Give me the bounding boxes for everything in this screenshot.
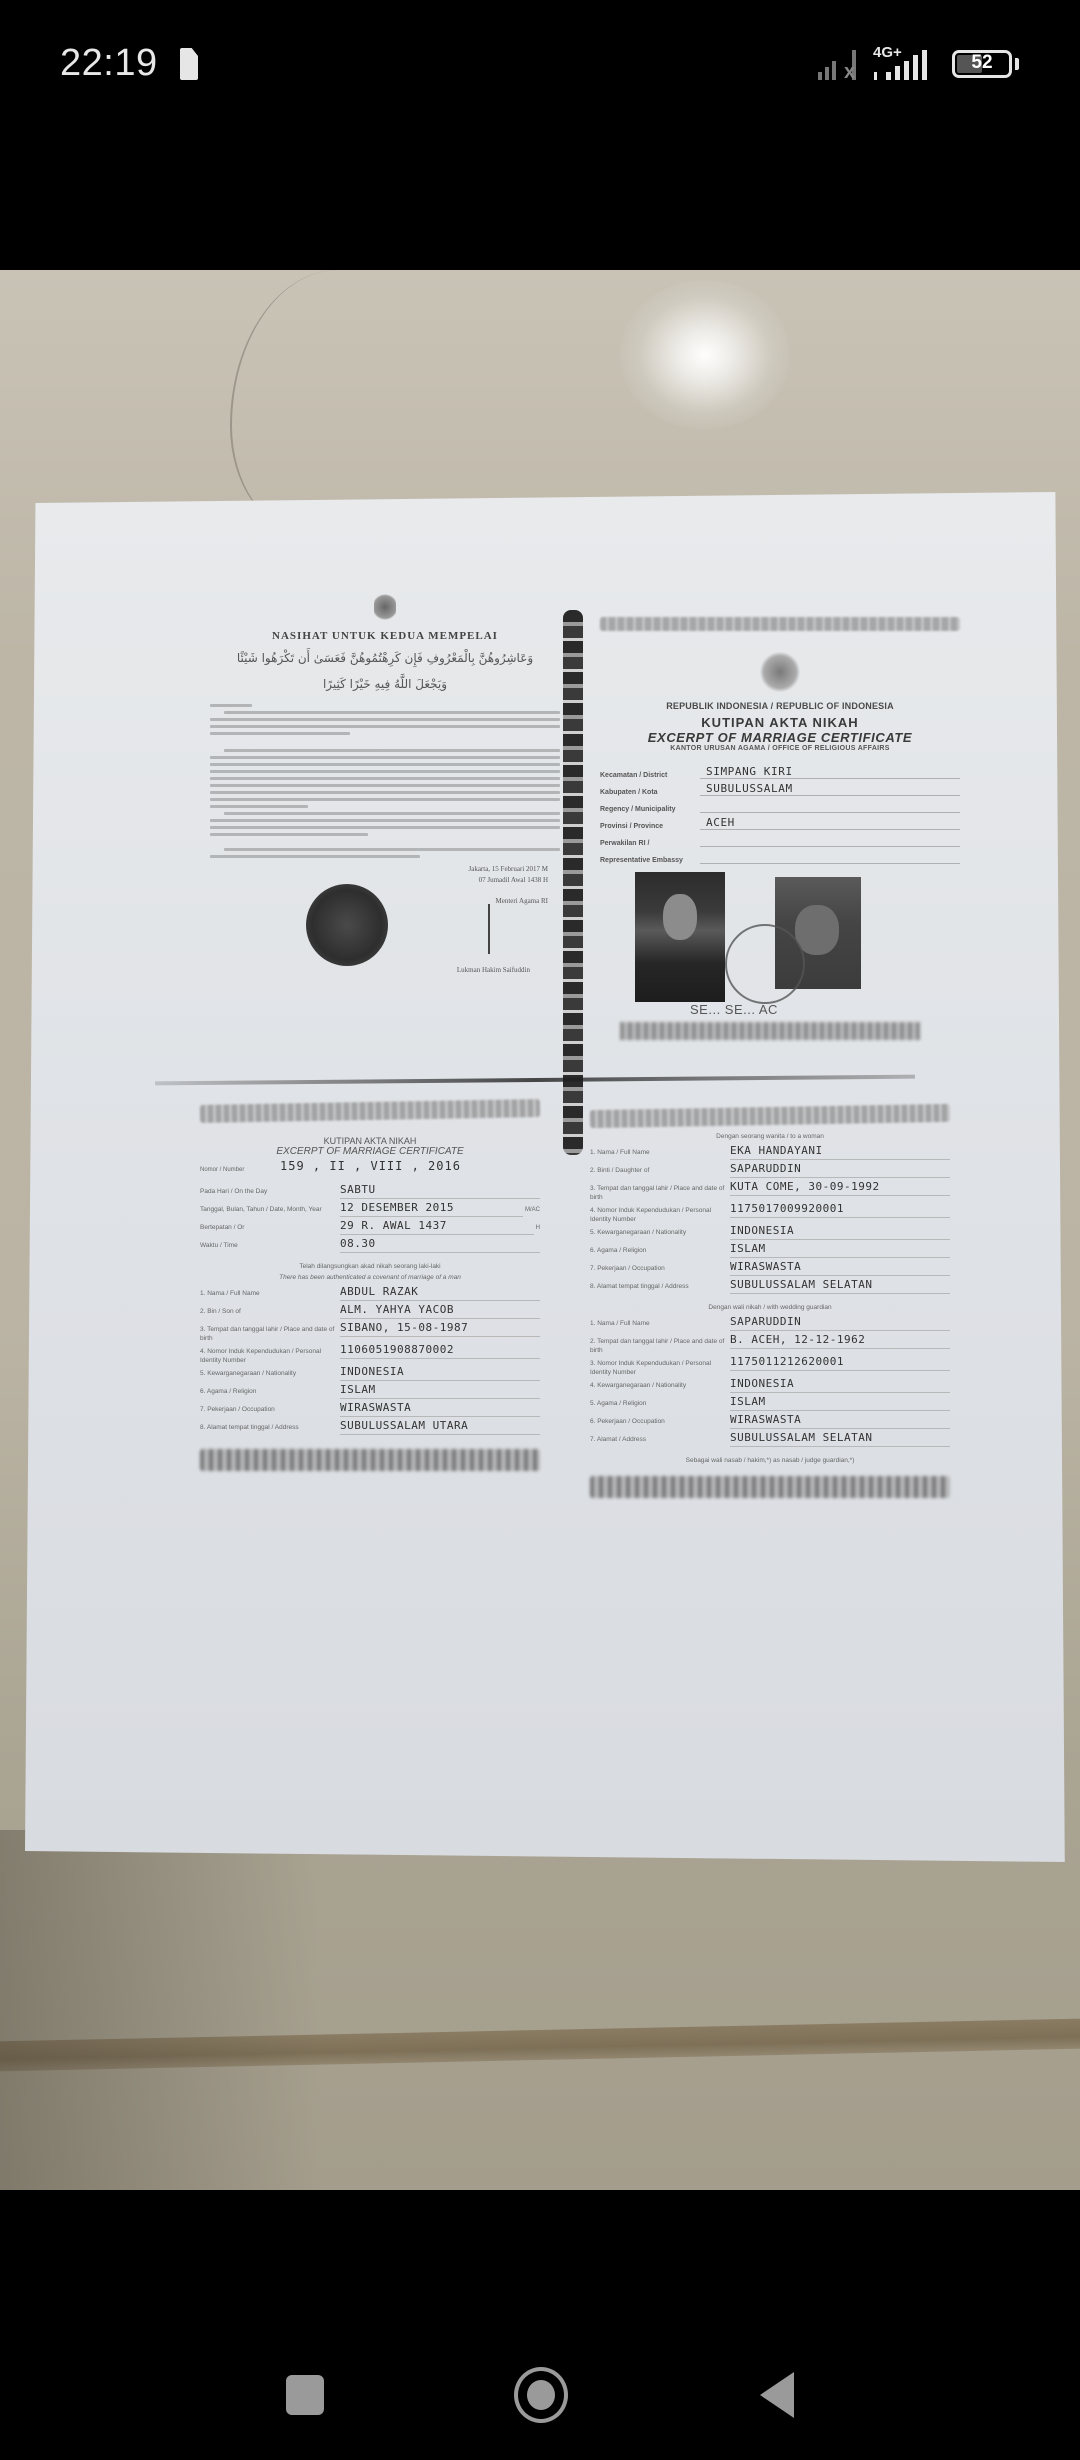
field-label: 4. Kewarganegaraan / Nationality <box>590 1377 730 1390</box>
battery-percent: 52 <box>955 52 1009 74</box>
form-field: 8. Alamat tempat tinggal / AddressSUBULU… <box>200 1419 540 1437</box>
field-value: 1175011212620001 <box>730 1355 950 1371</box>
region-field: Regency / Municipality <box>600 796 960 813</box>
region-field: Kecamatan / DistrictSIMPANG KIRI <box>600 762 960 779</box>
groom-fields: 1. Nama / Full NameABDUL RAZAK2. Bin / S… <box>200 1285 540 1437</box>
form-field: 7. Pekerjaan / OccupationWIRASWASTA <box>590 1260 950 1278</box>
field-label: Kecamatan / District <box>600 772 700 779</box>
field-value: WIRASWASTA <box>340 1401 540 1417</box>
field-label: 2. Binti / Daughter of <box>590 1162 730 1175</box>
advice-text <box>210 704 560 858</box>
field-label: 6. Agama / Religion <box>590 1242 730 1255</box>
form-field: 8. Alamat tempat tinggal / AddressSUBULU… <box>590 1278 950 1296</box>
field-label: Bertepatan / Or <box>200 1219 340 1232</box>
arabic-verse-2: وَيَجْعَلَ اللَّهُ فِيهِ خَيْرًا كَثِيرً… <box>210 674 560 694</box>
guardian-fields: 1. Nama / Full NameSAPARUDDIN2. Tempat d… <box>590 1315 950 1449</box>
official-stamp <box>725 924 805 1004</box>
field-label: 7. Pekerjaan / Occupation <box>200 1401 340 1414</box>
marriage-page: KUTIPAN AKTA NIKAH EXCERPT OF MARRIAGE C… <box>200 1102 540 1471</box>
field-label: 1. Nama / Full Name <box>590 1144 730 1157</box>
field-value: WIRASWASTA <box>730 1260 950 1276</box>
stamp-text: SE... SE... AC <box>690 1002 778 1017</box>
field-value: ALM. YAHYA YACOB <box>340 1303 540 1319</box>
field-label: 8. Alamat tempat tinggal / Address <box>590 1278 730 1291</box>
field-label: 3. Nomor Induk Kependudukan / Personal I… <box>590 1355 730 1377</box>
field-label: Perwakilan RI / <box>600 840 700 847</box>
file-icon <box>180 48 198 80</box>
form-field: 2. Binti / Daughter ofSAPARUDDIN <box>590 1162 950 1180</box>
field-label: Representative Embassy <box>600 857 700 864</box>
field-value: 12 DESEMBER 2015 <box>340 1201 523 1217</box>
field-value: WIRASWASTA <box>730 1413 950 1429</box>
form-field: Pada Hari / On the DaySABTU <box>200 1183 540 1201</box>
form-field: 4. Kewarganegaraan / NationalityINDONESI… <box>590 1377 950 1395</box>
form-field: 6. Pekerjaan / OccupationWIRASWASTA <box>590 1413 950 1431</box>
field-value: SUBULUSSALAM <box>700 782 960 796</box>
marriage-certificate-paper: NASIHAT UNTUK KEDUA MEMPELAI وَعَاشِرُوه… <box>25 492 1070 1862</box>
field-label: 2. Tempat dan tanggal lahir / Place and … <box>590 1333 730 1355</box>
field-value <box>700 863 960 864</box>
blurred-header <box>200 1099 540 1123</box>
couple-photos: SE... SE... AC <box>600 872 960 1032</box>
field-label: 7. Pekerjaan / Occupation <box>590 1260 730 1273</box>
republic-label: REPUBLIK INDONESIA / REPUBLIC OF INDONES… <box>600 701 960 711</box>
field-value: ISLAM <box>730 1242 950 1258</box>
field-value: SIMPANG KIRI <box>700 765 960 779</box>
form-field: 5. Kewarganegaraan / NationalityINDONESI… <box>590 1224 950 1242</box>
field-label: 1. Nama / Full Name <box>200 1285 340 1298</box>
signing-date: Jakarta, 15 Februari 2017 M 07 Jumadil A… <box>468 864 548 907</box>
form-field: Bertepatan / Or29 R. AWAL 1437H <box>200 1219 540 1237</box>
field-value: INDONESIA <box>340 1365 540 1381</box>
form-field: 5. Kewarganegaraan / NationalityINDONESI… <box>200 1365 540 1383</box>
photo-viewer[interactable]: NASIHAT UNTUK KEDUA MEMPELAI وَعَاشِرُوه… <box>0 270 1080 2190</box>
bride-fields: 1. Nama / Full NameEKA HANDAYANI2. Binti… <box>590 1144 950 1296</box>
field-label: 1. Nama / Full Name <box>590 1315 730 1328</box>
field-value: 08.30 <box>340 1237 540 1253</box>
bride-page: Dengan seorang wanita / to a woman 1. Na… <box>590 1107 950 1498</box>
ministry-emblem-icon <box>374 592 396 622</box>
signature-block: Jakarta, 15 Februari 2017 M 07 Jumadil A… <box>210 864 560 984</box>
form-field: 5. Agama / ReligionISLAM <box>590 1395 950 1413</box>
arabic-verse: وَعَاشِرُوهُنَّ بِالْمَعْرُوفِ فَإِن كَر… <box>210 648 560 668</box>
field-label: 3. Tempat dan tanggal lahir / Place and … <box>200 1321 340 1343</box>
blurred-signature <box>620 1022 920 1040</box>
certificate-number: Nomor / Number 159 , II , VIII , 2016 <box>200 1159 540 1173</box>
form-field: 7. Alamat / AddressSUBULUSSALAM SELATAN <box>590 1431 950 1449</box>
blurred-header <box>590 1104 950 1128</box>
marriage-title: KUTIPAN AKTA NIKAH <box>200 1136 540 1146</box>
field-value: SUBULUSSALAM UTARA <box>340 1419 540 1435</box>
form-field: 7. Pekerjaan / OccupationWIRASWASTA <box>200 1401 540 1419</box>
form-field: 1. Nama / Full NameEKA HANDAYANI <box>590 1144 950 1162</box>
caption-man-en: There has been authenticated a covenant … <box>200 1274 540 1281</box>
field-value: ABDUL RAZAK <box>340 1285 540 1301</box>
signer-name: Lukman Hakim Saifuddin <box>457 966 530 974</box>
field-label: Tanggal, Bulan, Tahun / Date, Month, Yea… <box>200 1201 340 1214</box>
field-label: Provinsi / Province <box>600 823 700 830</box>
official-seal <box>306 884 388 966</box>
form-field: 3. Tempat dan tanggal lahir / Place and … <box>200 1321 540 1343</box>
cover-subtitle: EXCERPT OF MARRIAGE CERTIFICATE <box>600 730 960 745</box>
field-suffix: M/AC <box>525 1201 540 1213</box>
groom-photo <box>635 872 725 1002</box>
advice-title: NASIHAT UNTUK KEDUA MEMPELAI <box>210 630 560 642</box>
blurred-footer <box>590 1476 950 1498</box>
blurred-header <box>600 617 960 631</box>
field-value: 29 R. AWAL 1437 <box>340 1219 534 1235</box>
caption-woman: Dengan seorang wanita / to a woman <box>590 1133 950 1140</box>
field-label: 6. Agama / Religion <box>200 1383 340 1396</box>
field-value <box>700 812 960 813</box>
field-value: SAPARUDDIN <box>730 1162 950 1178</box>
form-field: 4. Nomor Induk Kependudukan / Personal I… <box>590 1202 950 1224</box>
cover-page: REPUBLIK INDONESIA / REPUBLIC OF INDONES… <box>600 617 960 1032</box>
field-label: 7. Alamat / Address <box>590 1431 730 1444</box>
field-value: 1175017009920001 <box>730 1202 950 1218</box>
form-field: 4. Nomor Induk Kependudukan / Personal I… <box>200 1343 540 1365</box>
field-value: SUBULUSSALAM SELATAN <box>730 1431 950 1447</box>
field-value: SAPARUDDIN <box>730 1315 950 1331</box>
region-fields: Kecamatan / DistrictSIMPANG KIRIKabupate… <box>600 762 960 864</box>
form-field: 1. Nama / Full NameSAPARUDDIN <box>590 1315 950 1333</box>
field-suffix: H <box>536 1219 540 1231</box>
field-label: Pada Hari / On the Day <box>200 1183 340 1196</box>
region-field: Kabupaten / KotaSUBULUSSALAM <box>600 779 960 796</box>
field-label: Waktu / Time <box>200 1237 340 1250</box>
field-value: ISLAM <box>340 1383 540 1399</box>
recents-button[interactable] <box>286 2375 324 2415</box>
field-label: 5. Agama / Religion <box>590 1395 730 1408</box>
form-field: 2. Bin / Son ofALM. YAHYA YACOB <box>200 1303 540 1321</box>
field-label: 4. Nomor Induk Kependudukan / Personal I… <box>200 1343 340 1365</box>
field-label: 2. Bin / Son of <box>200 1303 340 1316</box>
field-label: 5. Kewarganegaraan / Nationality <box>590 1224 730 1237</box>
field-value: INDONESIA <box>730 1377 950 1393</box>
home-button[interactable] <box>514 2367 568 2423</box>
field-value: ACEH <box>700 816 960 830</box>
form-field: Tanggal, Bulan, Tahun / Date, Month, Yea… <box>200 1201 540 1219</box>
form-field: 1. Nama / Full NameABDUL RAZAK <box>200 1285 540 1303</box>
cable <box>230 270 410 530</box>
region-field: Representative Embassy <box>600 847 960 864</box>
field-label: 3. Tempat dan tanggal lahir / Place and … <box>590 1180 730 1202</box>
field-value: SABTU <box>340 1183 540 1199</box>
caption-man: Telah dilangsungkan akad nikah seorang l… <box>200 1263 540 1270</box>
back-button[interactable] <box>760 2372 794 2418</box>
battery-tip <box>1015 58 1019 70</box>
marriage-subtitle: EXCERPT OF MARRIAGE CERTIFICATE <box>200 1146 540 1157</box>
light-glare <box>620 280 790 430</box>
form-field: 6. Agama / ReligionISLAM <box>590 1242 950 1260</box>
field-label: Regency / Municipality <box>600 806 700 813</box>
field-label: 4. Nomor Induk Kependudukan / Personal I… <box>590 1202 730 1224</box>
signal-no-service-icon: x <box>818 50 864 80</box>
shadow <box>0 1830 320 2190</box>
field-value: SUBULUSSALAM SELATAN <box>730 1278 950 1294</box>
garuda-emblem-icon <box>760 651 800 693</box>
field-value: ISLAM <box>730 1395 950 1411</box>
office-label: KANTOR URUSAN AGAMA / OFFICE OF RELIGIOU… <box>600 745 960 752</box>
status-bar: 22:19 x 4G+ 52 <box>0 0 1080 270</box>
advice-page: NASIHAT UNTUK KEDUA MEMPELAI وَعَاشِرُوه… <box>210 592 560 984</box>
field-label: 6. Pekerjaan / Occupation <box>590 1413 730 1426</box>
field-label: Kabupaten / Kota <box>600 789 700 796</box>
field-value: EKA HANDAYANI <box>730 1144 950 1160</box>
region-field: Provinsi / ProvinceACEH <box>600 813 960 830</box>
cover-title: KUTIPAN AKTA NIKAH <box>600 715 960 730</box>
field-value: INDONESIA <box>730 1224 950 1240</box>
form-field: 6. Agama / ReligionISLAM <box>200 1383 540 1401</box>
battery-icon: 52 <box>952 50 1012 78</box>
field-value: SIBANO, 15-08-1987 <box>340 1321 540 1337</box>
signal-4g-icon <box>872 50 938 80</box>
field-label: 8. Alamat tempat tinggal / Address <box>200 1419 340 1432</box>
clock: 22:19 <box>60 42 158 85</box>
ornamental-border <box>563 610 583 1155</box>
region-field: Perwakilan RI / <box>600 830 960 847</box>
field-value: B. ACEH, 12-12-1962 <box>730 1333 950 1349</box>
date-fields: Pada Hari / On the DaySABTUTanggal, Bula… <box>200 1183 540 1255</box>
form-field: Waktu / Time08.30 <box>200 1237 540 1255</box>
caption-judge: Sebagai wali nasab / hakim,*) as nasab /… <box>590 1457 950 1464</box>
form-field: 3. Tempat dan tanggal lahir / Place and … <box>590 1180 950 1202</box>
form-field: 2. Tempat dan tanggal lahir / Place and … <box>590 1333 950 1355</box>
caption-guardian: Dengan wali nikah / with wedding guardia… <box>590 1304 950 1311</box>
blurred-footer <box>200 1449 540 1471</box>
field-value: 1106051908870002 <box>340 1343 540 1359</box>
signature <box>488 904 490 954</box>
page-fold <box>155 1075 915 1086</box>
field-value: KUTA COME, 30-09-1992 <box>730 1180 950 1196</box>
field-label: 5. Kewarganegaraan / Nationality <box>200 1365 340 1378</box>
field-value <box>700 846 960 847</box>
form-field: 3. Nomor Induk Kependudukan / Personal I… <box>590 1355 950 1377</box>
